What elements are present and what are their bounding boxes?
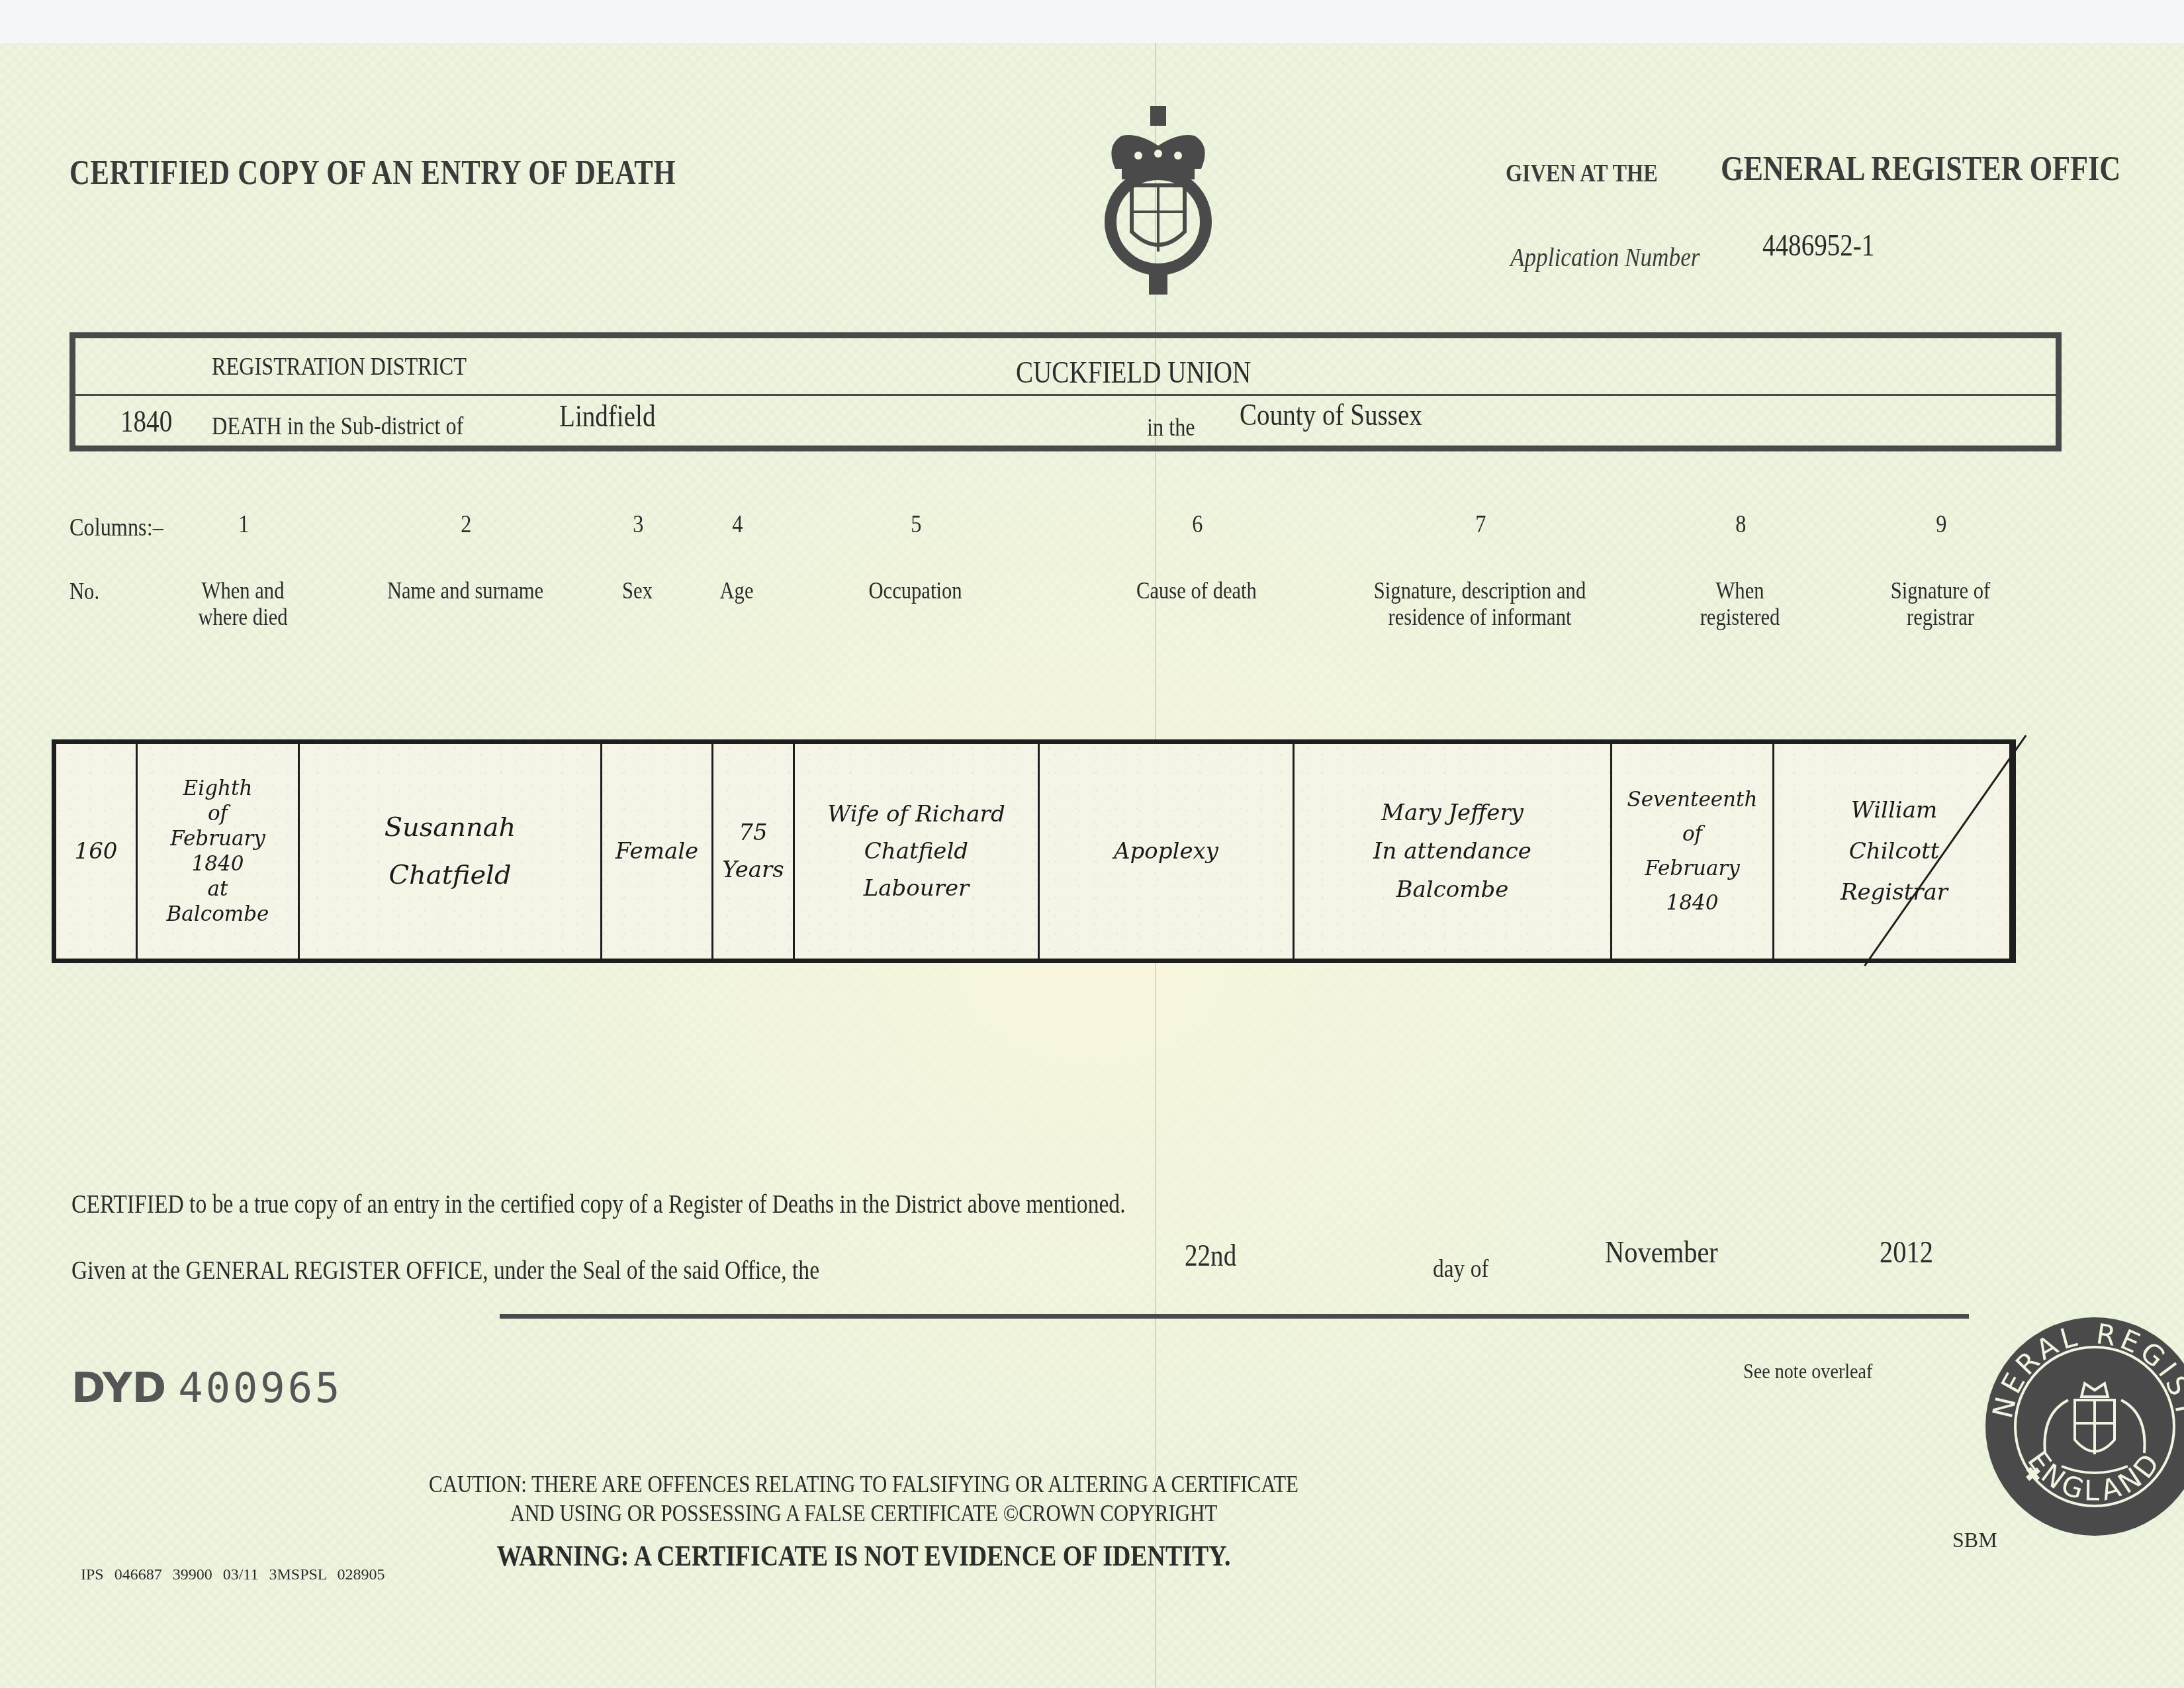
general-register-office-seal-icon: GENERAL REGISTER ENGLAND <box>1982 1314 2184 1539</box>
column-number-4: 4 <box>732 510 743 539</box>
caution-line-2: AND USING OR POSSESSING A FALSE CERTIFIC… <box>429 1499 1298 1528</box>
caution-notice: CAUTION: THERE ARE OFFENCES RELATING TO … <box>429 1470 1298 1528</box>
certification-month: November <box>1605 1235 1718 1270</box>
given-at-the-label: GIVEN AT THE <box>1506 159 1658 188</box>
identity-warning: WARNING: A CERTIFICATE IS NOT EVIDENCE O… <box>497 1539 1231 1573</box>
column-number-7: 7 <box>1475 510 1486 539</box>
application-number-value: 4486952-1 <box>1762 228 1874 263</box>
entry-row: 160 Eighth of February 1840 at Balcombe … <box>52 739 2016 963</box>
column-number-2: 2 <box>461 510 471 539</box>
column-header-cause: Cause of death <box>1136 577 1257 604</box>
registration-year: 1840 <box>120 404 172 439</box>
column-number-1: 1 <box>238 510 249 539</box>
entry-when-where: Eighth of February 1840 at Balcombe <box>136 744 298 959</box>
column-header-age: Age <box>720 577 754 604</box>
column-header-when-registered: When registered <box>1700 577 1780 630</box>
columns-label: Columns:– <box>69 513 163 542</box>
column-number-5: 5 <box>911 510 921 539</box>
county-value: County of Sussex <box>1240 397 1422 432</box>
entry-name: Susannah Chatfield <box>298 744 600 959</box>
entry-occupation: Wife of Richard Chatfield Labourer <box>793 744 1038 959</box>
column-header-occupation: Occupation <box>868 577 962 604</box>
entry-sex: Female <box>600 744 711 959</box>
certification-day: 22nd <box>1185 1238 1236 1273</box>
given-at-statement: Given at the GENERAL REGISTER OFFICE, un… <box>71 1254 819 1286</box>
print-code: IPS 046687 39900 03/11 3MSPSL 028905 <box>81 1566 385 1584</box>
document-title: CERTIFIED COPY OF AN ENTRY OF DEATH <box>69 154 676 193</box>
entry-when-registered: Seventeenth of February 1840 <box>1610 744 1772 959</box>
column-header-when-where-died: When and where died <box>198 577 287 630</box>
registration-district-label: REGISTRATION DISTRICT <box>212 352 467 381</box>
column-number-3: 3 <box>633 510 643 539</box>
serial-prefix: DYD <box>71 1364 166 1412</box>
column-header-name: Name and surname <box>387 577 543 604</box>
column-header-informant: Signature, description and residence of … <box>1374 577 1586 630</box>
subdistrict-value: Lindfield <box>559 399 656 434</box>
column-header-sex: Sex <box>622 577 653 604</box>
entry-age: 75 Years <box>711 744 793 959</box>
entry-informant: Mary Jeffery In attendance Balcombe <box>1293 744 1610 959</box>
county-prefix: in the <box>1147 413 1195 442</box>
certification-statement: CERTIFIED to be a true copy of an entry … <box>71 1188 1126 1219</box>
column-number-8: 8 <box>1735 510 1746 539</box>
entry-no: 160 <box>56 744 136 959</box>
serial-digits: 400965 <box>178 1364 342 1412</box>
subdistrict-label: DEATH in the Sub-district of <box>212 412 463 441</box>
column-number-9: 9 <box>1936 510 1946 539</box>
application-number-label: Application Number <box>1510 242 1700 273</box>
column-header-no: No. <box>69 577 99 605</box>
column-number-6: 6 <box>1192 510 1203 539</box>
entry-cause-of-death: Apoplexy <box>1038 744 1293 959</box>
certificate-serial-number: DYD400965 <box>71 1364 342 1412</box>
see-note-overleaf: See note overleaf <box>1743 1359 1872 1383</box>
registration-district-value: CUCKFIELD UNION <box>1016 355 1251 390</box>
day-of-label: day of <box>1433 1254 1489 1284</box>
general-register-office-heading: GENERAL REGISTER OFFIC <box>1721 150 2120 189</box>
signature-rule <box>500 1314 1969 1319</box>
column-header-registrar: Signature of registrar <box>1891 577 1990 630</box>
royal-crest-icon <box>1092 106 1224 298</box>
caution-line-1: CAUTION: THERE ARE OFFENCES RELATING TO … <box>429 1470 1298 1499</box>
certification-year: 2012 <box>1880 1235 1933 1270</box>
